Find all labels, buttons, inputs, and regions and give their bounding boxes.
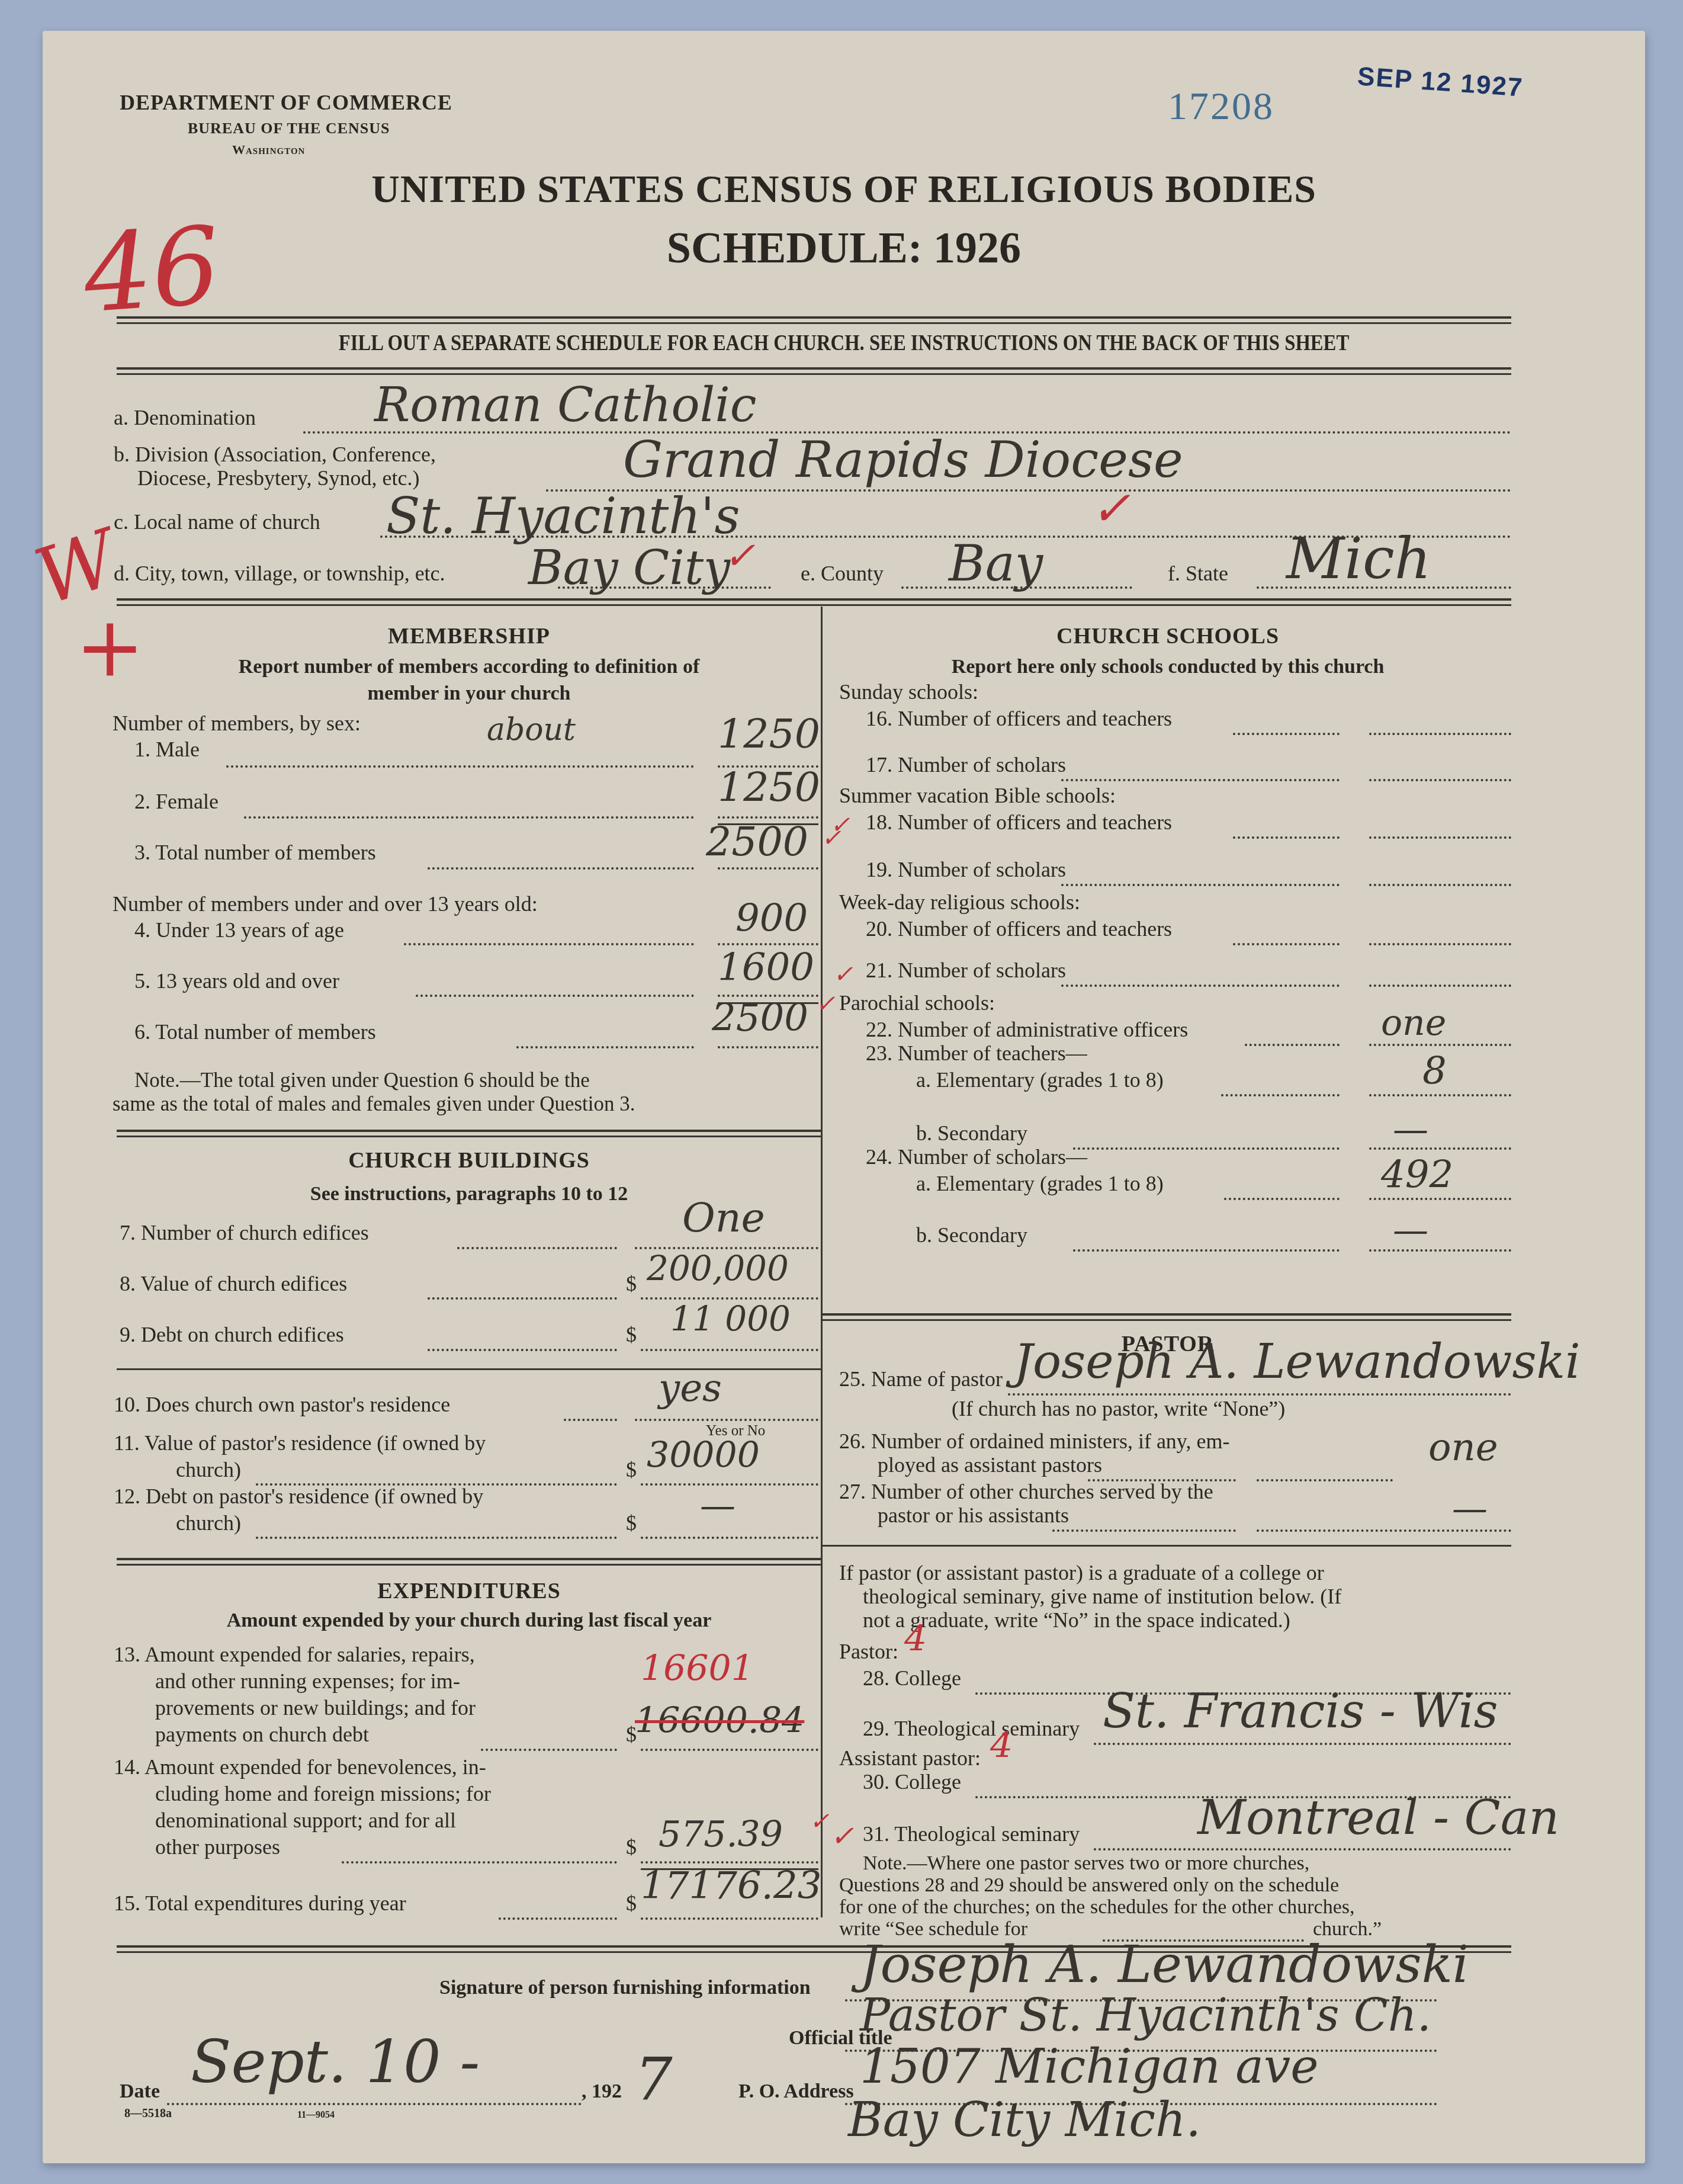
q17-label: 17. Number of scholars bbox=[866, 752, 1066, 777]
edifices-value-field[interactable]: 200,000 bbox=[647, 1248, 789, 1288]
row-leader bbox=[1233, 943, 1340, 945]
q14-line: denominational support; and for all bbox=[155, 1808, 456, 1833]
schedule-year: SCHEDULE: 1926 bbox=[43, 223, 1645, 274]
pastor-name-field[interactable]: Joseph A. Lewandowski bbox=[1014, 1334, 1581, 1389]
row-leader bbox=[1245, 1044, 1340, 1046]
q19-label: 19. Number of scholars bbox=[866, 857, 1066, 882]
by-age-label: Number of members under and over 13 year… bbox=[113, 891, 538, 916]
signature-field[interactable]: Joseph A. Lewandowski bbox=[860, 1935, 1469, 1994]
q22-field[interactable]: one bbox=[1381, 1002, 1446, 1044]
note-text: Note.—The total given under Question 6 s… bbox=[134, 1069, 590, 1092]
denomination-label: a. Denomination bbox=[114, 405, 256, 430]
total-members-field[interactable]: 2500 bbox=[706, 819, 808, 865]
edifices-value-label: 8. Value of church edifices bbox=[120, 1271, 347, 1296]
q13-line: and other running expenses; for im- bbox=[155, 1669, 460, 1694]
q28-label: 28. College bbox=[863, 1666, 961, 1691]
official-title-field[interactable]: Pastor St. Hyacinth's Ch. bbox=[860, 1989, 1431, 2041]
date-year-prefix: , 192 bbox=[582, 2080, 622, 2103]
denomination-field[interactable]: Roman Catholic bbox=[374, 377, 757, 432]
fill-instructions: FILL OUT A SEPARATE SCHEDULE FOR EACH CH… bbox=[155, 330, 1533, 356]
row-leader bbox=[342, 1861, 617, 1864]
q13-field[interactable]: 16600.84 bbox=[635, 1700, 804, 1742]
local-name-field[interactable]: St. Hyacinth's bbox=[386, 487, 740, 545]
total-age-label: 6. Total number of members bbox=[134, 1019, 376, 1044]
under13-label: 4. Under 13 years of age bbox=[134, 918, 344, 942]
row-leader bbox=[516, 1046, 694, 1048]
value-line bbox=[1257, 1529, 1511, 1532]
q25-label: 25. Name of pastor bbox=[839, 1367, 1003, 1391]
form-number-2: 11—9054 bbox=[297, 2110, 335, 2121]
female-count-field[interactable]: 1250 bbox=[718, 764, 820, 811]
male-count-field[interactable]: 1250 bbox=[718, 711, 820, 758]
row-leader bbox=[1061, 884, 1340, 886]
pastor-edu-heading: Pastor: bbox=[839, 1639, 898, 1664]
row-leader bbox=[1221, 1094, 1340, 1096]
row-leader bbox=[564, 1419, 617, 1421]
dollar-sign: $ bbox=[626, 1891, 637, 1916]
red-check-mark: ✓ bbox=[1091, 481, 1130, 536]
row-leader bbox=[457, 1247, 617, 1249]
value-line bbox=[718, 1046, 818, 1048]
division-label-2: Diocese, Presbytery, Synod, etc.) bbox=[137, 466, 420, 490]
row-leader bbox=[244, 816, 694, 819]
date-field[interactable]: Sept. 10 - bbox=[191, 2027, 480, 2096]
q15-field[interactable]: 17176.23 bbox=[641, 1864, 821, 1908]
value-line bbox=[1369, 1249, 1511, 1252]
q18-label: 18. Number of officers and teachers bbox=[866, 810, 1172, 835]
membership-subtitle-2: member in your church bbox=[117, 682, 821, 705]
instructions-rule-2 bbox=[117, 373, 1511, 375]
instructions-rule bbox=[117, 367, 1511, 370]
sunday-schools-heading: Sunday schools: bbox=[839, 679, 978, 704]
by-sex-label: Number of members, by sex: bbox=[113, 711, 361, 736]
q17-field[interactable] bbox=[1369, 779, 1511, 781]
red-check-mark: ✓ bbox=[724, 534, 756, 578]
q24b-label: b. Secondary bbox=[916, 1223, 1027, 1247]
value-line bbox=[1369, 1147, 1511, 1150]
department-name: DEPARTMENT OF COMMERCE bbox=[120, 90, 452, 115]
value-line bbox=[641, 1537, 818, 1539]
column-divider bbox=[821, 607, 823, 1917]
red-check-mark: ✓ bbox=[815, 990, 836, 1018]
residence-debt-field[interactable]: — bbox=[700, 1485, 735, 1526]
owns-residence-label: 10. Does church own pastor's residence bbox=[114, 1392, 450, 1417]
edifices-count-field[interactable]: One bbox=[682, 1195, 765, 1242]
q13-line: payments on church debt bbox=[155, 1722, 369, 1747]
row-leader bbox=[481, 1749, 617, 1751]
po-address-label: P. O. Address bbox=[738, 2080, 854, 2103]
q19-field[interactable] bbox=[1369, 884, 1511, 886]
edifices-debt-field[interactable]: 11 000 bbox=[670, 1298, 791, 1339]
residence-value-field[interactable]: 30000 bbox=[647, 1435, 760, 1476]
expenditures-title: EXPENDITURES bbox=[117, 1578, 821, 1604]
value-line bbox=[1008, 1393, 1511, 1396]
row-leader bbox=[1073, 1249, 1340, 1252]
assistant-edu-heading: Assistant pastor: bbox=[839, 1746, 981, 1771]
membership-subtitle-1: Report number of members according to de… bbox=[117, 656, 821, 678]
row-leader bbox=[1052, 1529, 1236, 1532]
total-label: 3. Total number of members bbox=[134, 840, 376, 865]
received-number-stamp: 17208 bbox=[1168, 84, 1274, 129]
edifices-debt-label: 9. Debt on church edifices bbox=[120, 1322, 344, 1347]
membership-title: MEMBERSHIP bbox=[117, 623, 821, 649]
schools-subtitle: Report here only schools conducted by th… bbox=[824, 656, 1511, 678]
q14-line: other purposes bbox=[155, 1835, 280, 1859]
q14-field[interactable]: 575.39 bbox=[659, 1814, 783, 1855]
q13-line: 13. Amount expended for salaries, repair… bbox=[114, 1642, 475, 1667]
buildings-title: CHURCH BUILDINGS bbox=[117, 1147, 821, 1173]
q27-label-2: pastor or his assistants bbox=[878, 1503, 1069, 1528]
value-line bbox=[718, 867, 818, 870]
row-leader bbox=[499, 1917, 617, 1920]
section-rule-2 bbox=[117, 1564, 821, 1566]
date-line bbox=[167, 2103, 582, 2105]
section-rule-2 bbox=[823, 1319, 1511, 1321]
value-line bbox=[1369, 1094, 1511, 1096]
red-mark-4: 4 bbox=[990, 1725, 1013, 1766]
parochial-heading: Parochial schools: bbox=[839, 990, 995, 1015]
q14-line: cluding home and foreign missions; for bbox=[155, 1781, 491, 1806]
q13-correction: 16601 bbox=[641, 1648, 754, 1689]
row-leader bbox=[1061, 984, 1340, 987]
q22-label: 22. Number of administrative officers bbox=[866, 1017, 1188, 1042]
q23b-field[interactable]: — bbox=[1393, 1109, 1428, 1150]
dollar-sign: $ bbox=[626, 1271, 637, 1296]
value-line bbox=[641, 1917, 818, 1920]
red-check-mark: ✓ bbox=[830, 1820, 854, 1853]
total-age-field[interactable]: 2500 bbox=[712, 996, 808, 1040]
over13-label: 5. 13 years old and over bbox=[134, 968, 339, 993]
q26-label-1: 26. Number of ordained ministers, if any… bbox=[839, 1429, 1230, 1454]
row-leader bbox=[428, 1297, 617, 1300]
q23a-label: a. Elementary (grades 1 to 8) bbox=[916, 1067, 1164, 1092]
dollar-sign: $ bbox=[626, 1835, 637, 1859]
section-rule bbox=[117, 1130, 821, 1132]
bureau-name: BUREAU OF THE CENSUS bbox=[188, 120, 390, 137]
dollar-sign: $ bbox=[626, 1510, 637, 1535]
q29-field[interactable]: St. Francis - Wis bbox=[1103, 1683, 1498, 1739]
value-line bbox=[635, 1419, 818, 1421]
county-label: e. County bbox=[801, 561, 884, 586]
q23b-label: b. Secondary bbox=[916, 1121, 1027, 1146]
row-leader bbox=[1233, 836, 1340, 839]
city-label: d. City, town, village, or township, etc… bbox=[114, 561, 445, 586]
form-title: UNITED STATES CENSUS OF RELIGIOUS BODIES bbox=[43, 167, 1645, 212]
summer-schools-heading: Summer vacation Bible schools: bbox=[839, 783, 1116, 808]
q13-line: provements or new buildings; and for bbox=[155, 1695, 476, 1720]
row-leader bbox=[1224, 1198, 1340, 1200]
row-leader bbox=[416, 995, 694, 997]
census-schedule-sheet: DEPARTMENT OF COMMERCE BUREAU OF THE CEN… bbox=[43, 31, 1645, 2163]
county-field[interactable]: Bay bbox=[949, 534, 1043, 592]
section-rule bbox=[117, 1558, 821, 1560]
q20-field[interactable] bbox=[1369, 943, 1511, 945]
education-intro-2: theological seminary, give name of insti… bbox=[863, 1584, 1341, 1609]
division-label-1: b. Division (Association, Conference, bbox=[114, 442, 436, 467]
row-leader bbox=[404, 943, 694, 945]
row-leader bbox=[1233, 733, 1340, 735]
header-rule-2 bbox=[117, 322, 1511, 324]
row-leader bbox=[256, 1537, 617, 1539]
q16-field[interactable] bbox=[1369, 733, 1511, 735]
row-leader bbox=[1061, 779, 1340, 781]
education-note-1: Note.—Where one pastor serves two or mor… bbox=[863, 1852, 1309, 1875]
value-line bbox=[1257, 1479, 1393, 1481]
address-field-2[interactable]: Bay City Mich. bbox=[848, 2092, 1201, 2147]
q30-label: 30. College bbox=[863, 1769, 961, 1794]
q24a-field[interactable]: 492 bbox=[1381, 1153, 1453, 1197]
membership-note-1: Note.—The total given under Question 6 s… bbox=[134, 1069, 590, 1092]
q14-line: 14. Amount expended for benevolences, in… bbox=[114, 1755, 486, 1779]
education-note-3: for one of the churches; on the schedule… bbox=[839, 1896, 1354, 1919]
value-line bbox=[1094, 1848, 1511, 1851]
section-rule-2 bbox=[117, 1136, 821, 1137]
q26-field[interactable]: one bbox=[1428, 1426, 1498, 1470]
q26-label-2: ployed as assistant pastors bbox=[878, 1452, 1102, 1477]
education-intro-3: not a graduate, write “No” in the space … bbox=[863, 1608, 1290, 1633]
value-line bbox=[1094, 1743, 1511, 1745]
q16-label: 16. Number of officers and teachers bbox=[866, 706, 1172, 731]
male-label: 1. Male bbox=[134, 737, 200, 762]
date-label: Date bbox=[120, 2080, 160, 2103]
q21-field[interactable] bbox=[1369, 984, 1511, 987]
form-number-1: 8—5518a bbox=[124, 2107, 172, 2121]
red-mark-4: 4 bbox=[904, 1618, 927, 1660]
value-line bbox=[641, 1349, 818, 1351]
row-leader bbox=[1073, 1147, 1340, 1150]
header-rule bbox=[117, 316, 1511, 319]
q23-label: 23. Number of teachers— bbox=[866, 1041, 1087, 1066]
q23a-field[interactable]: 8 bbox=[1422, 1050, 1447, 1093]
weekday-schools-heading: Week-day religious schools: bbox=[839, 890, 1080, 915]
value-line bbox=[1369, 1198, 1511, 1200]
education-intro-1: If pastor (or assistant pastor) is a gra… bbox=[839, 1560, 1324, 1585]
section-rule bbox=[823, 1313, 1511, 1316]
q31-label: 31. Theological seminary bbox=[863, 1821, 1080, 1846]
address-field-1[interactable]: 1507 Michigan ave bbox=[860, 2039, 1319, 2094]
q21-label: 21. Number of scholars bbox=[866, 958, 1066, 983]
value-line bbox=[641, 1749, 818, 1751]
signature-label: Signature of person furnishing informati… bbox=[439, 1977, 811, 1999]
female-label: 2. Female bbox=[134, 789, 219, 814]
residence-value-label-2: church) bbox=[176, 1457, 241, 1482]
under13-field[interactable]: 900 bbox=[735, 897, 808, 941]
residence-debt-label: 12. Debt on pastor's residence (if owned… bbox=[114, 1484, 483, 1509]
q29-label: 29. Theological seminary bbox=[863, 1716, 1080, 1741]
red-check-mark: ✓ bbox=[810, 1808, 830, 1835]
state-field[interactable]: Mich bbox=[1286, 525, 1431, 592]
dollar-sign: $ bbox=[626, 1457, 637, 1482]
q24b-field[interactable]: — bbox=[1393, 1210, 1428, 1251]
q24a-label: a. Elementary (grades 1 to 8) bbox=[916, 1171, 1164, 1196]
local-name-label: c. Local name of church bbox=[114, 509, 320, 534]
q31-field[interactable]: Montreal - Can bbox=[1197, 1790, 1559, 1845]
dollar-sign: $ bbox=[626, 1322, 637, 1347]
section-rule bbox=[823, 1545, 1511, 1547]
schools-title: CHURCH SCHOOLS bbox=[824, 623, 1511, 649]
owns-residence-field[interactable]: yes bbox=[659, 1367, 722, 1410]
expenditures-subtitle: Amount expended by your church during la… bbox=[117, 1609, 821, 1632]
division-field[interactable]: Grand Rapids Diocese bbox=[623, 431, 1183, 489]
state-label: f. State bbox=[1168, 561, 1228, 586]
q24-label: 24. Number of scholars— bbox=[866, 1144, 1087, 1169]
section-rule bbox=[117, 598, 1511, 601]
q25-hint: (If church has no pastor, write “None”) bbox=[952, 1396, 1285, 1421]
section-rule-2 bbox=[117, 604, 1511, 606]
over13-field[interactable]: 1600 bbox=[718, 946, 814, 990]
q27-field[interactable]: — bbox=[1452, 1488, 1488, 1529]
row-leader bbox=[428, 1349, 617, 1351]
q27-label-1: 27. Number of other churches served by t… bbox=[839, 1479, 1213, 1504]
city-field[interactable]: Bay City bbox=[528, 540, 730, 595]
membership-note-2: same as the total of males and females g… bbox=[113, 1092, 635, 1116]
value-line bbox=[1369, 1044, 1511, 1046]
date-year-field[interactable]: 7 bbox=[635, 2045, 673, 2114]
residence-debt-label-2: church) bbox=[176, 1510, 241, 1535]
education-note-2: Questions 28 and 29 should be answered o… bbox=[839, 1874, 1339, 1897]
about-annotation: about bbox=[487, 712, 576, 748]
value-line bbox=[718, 943, 818, 945]
residence-value-label: 11. Value of pastor's residence (if owne… bbox=[114, 1431, 486, 1455]
red-check-mark: ✓ bbox=[833, 961, 853, 988]
row-leader bbox=[226, 765, 694, 768]
q20-label: 20. Number of officers and teachers bbox=[866, 916, 1172, 941]
edifices-count-label: 7. Number of church edifices bbox=[120, 1220, 369, 1245]
q18-field[interactable] bbox=[1369, 836, 1511, 839]
bureau-city: Washington bbox=[232, 142, 305, 158]
row-leader bbox=[428, 867, 694, 870]
q15-label: 15. Total expenditures during year bbox=[114, 1891, 406, 1916]
red-check-mark: ✓ bbox=[830, 812, 850, 839]
received-date-stamp: SEP 12 1927 bbox=[1357, 62, 1524, 102]
value-line bbox=[641, 1861, 818, 1864]
